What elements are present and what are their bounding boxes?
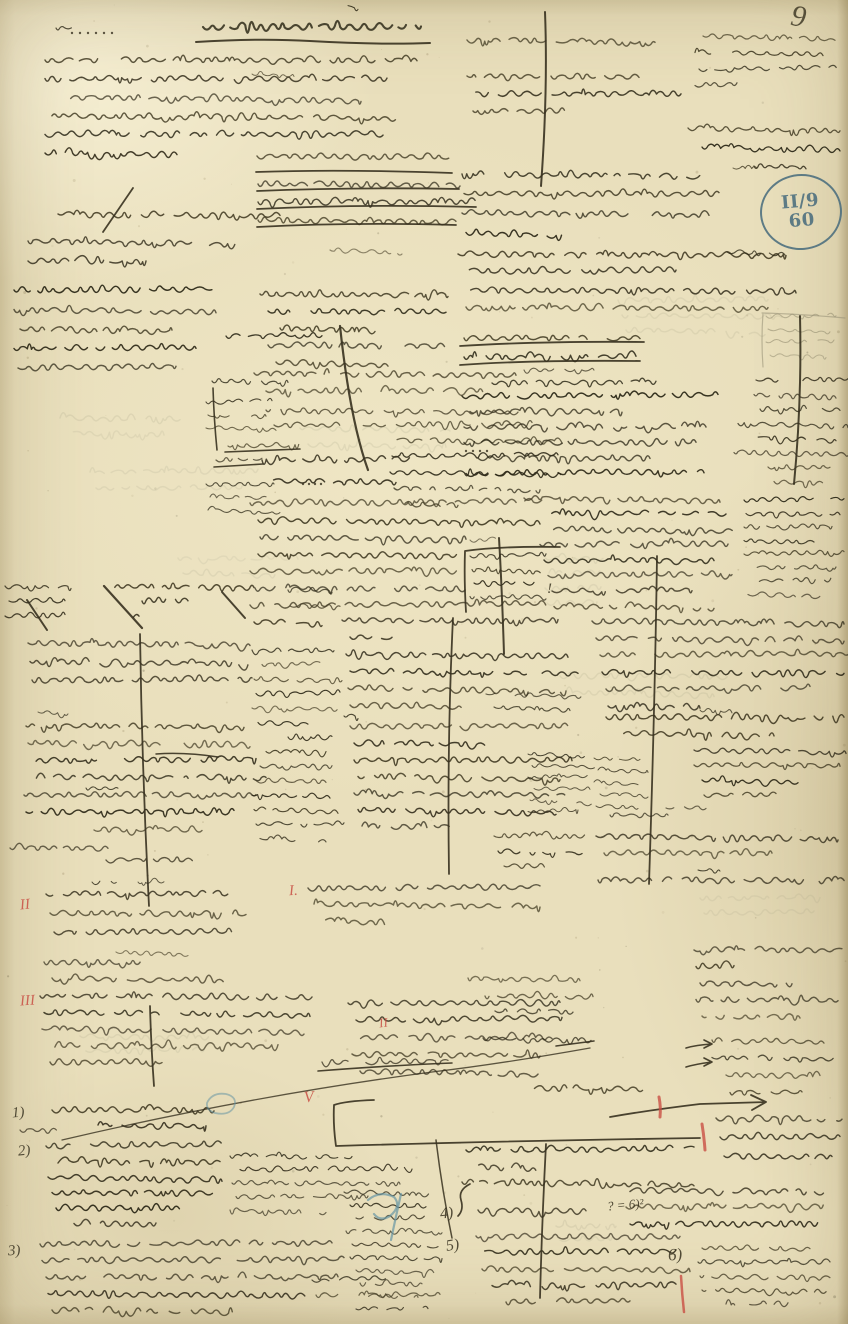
stamp-line2: 60 (788, 211, 816, 232)
manuscript-page: I.IIIIIIIV1)2)3)4)5)6)? = 6)²! 9 II/9 60 (0, 0, 848, 1324)
item-2-marker: 2) (17, 1143, 31, 1159)
item-5-marker: 5) (445, 1237, 460, 1255)
handwriting-strokes (5, 6, 848, 1317)
item-1-marker: 1) (11, 1106, 25, 1122)
red-numeral-ii-left: II (19, 898, 31, 914)
red-numeral-v: V (303, 1090, 314, 1107)
handwriting-layer (0, 0, 848, 1324)
item-4-marker: 4) (439, 1205, 454, 1222)
exclamation-mark: ! (547, 582, 552, 597)
item-3-marker: 3) (7, 1244, 21, 1260)
red-numeral-ii-mid: II (378, 1015, 388, 1029)
red-numeral-iii-left: III (19, 993, 35, 1009)
item-6-marker: 6) (667, 1246, 682, 1264)
reference-note: ? = 6)² (607, 1196, 644, 1212)
red-numeral-i: I. (288, 884, 298, 900)
